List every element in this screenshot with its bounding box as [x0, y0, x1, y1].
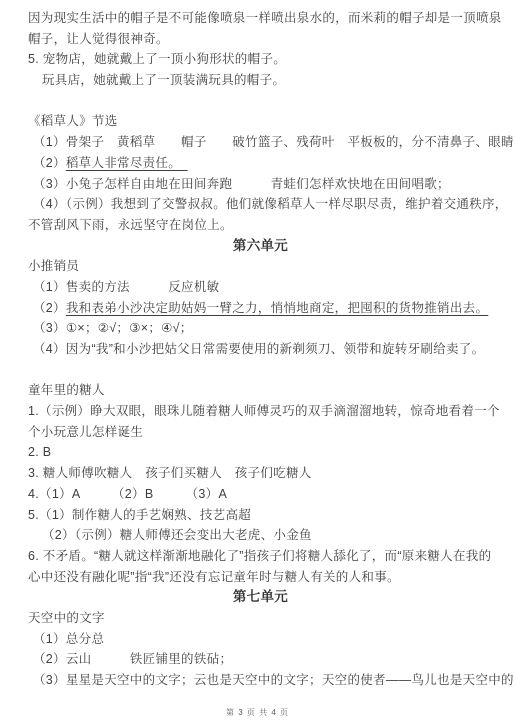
text-line: 心中还没有融化呢”指“我”还没有忘记童年时与糖人有关的人和事。 [28, 567, 493, 588]
text-line: （4）因为“我”和小沙把姑父日常需要使用的新剃须刀、领带和旋转牙刷给卖了。 [28, 339, 493, 360]
text-line: 天空中的文字 [28, 608, 493, 629]
answer-text: 心中还没有融化呢”指“我”还没有忘记童年时与糖人有关的人和事。 [28, 570, 400, 584]
text-line: 2. B [28, 442, 493, 463]
text-line: （3）星星是天空中的文字；云也是天空中的文字；天空的使者——鸟儿也是天空中的 [28, 670, 493, 691]
text-line: （4）（示例）我想到了交警叔叔。他们就像稻草人一样尽职尽责，维护着交通秩序， [28, 194, 493, 215]
text-line: （1）总分总 [28, 629, 493, 650]
text-line: 玩具店，她就戴上了一顶装满玩具的帽子。 [28, 70, 493, 91]
answer-text: 6. 不矛盾。“糖人就这样渐渐地融化了”指孩子们将糖人舔化了，而“原来糖人在我的 [28, 549, 491, 563]
answer-text: （2）云山 铁匠铺里的铁砧； [33, 652, 232, 666]
answer-text: 玩具店，她就戴上了一顶装满玩具的帽子。 [42, 73, 285, 87]
text-line: （2）（示例）糖人师傅还会变出大老虎、小金鱼 [28, 525, 493, 546]
answer-text: 个小玩意儿怎样诞生 [28, 425, 143, 439]
answer-text: 5. 宠物店，她就戴上了一顶小狗形状的帽子。 [28, 52, 286, 66]
answer-text: 第六单元 [233, 238, 288, 253]
text-line: 1.（示例）睁大双眼，眼珠儿随着糖人师傅灵巧的双手滴溜溜地转，惊奇地看着一个 [28, 401, 493, 422]
answer-text: 《稻草人》节选 [28, 114, 118, 128]
answer-text: 帽子，让人觉得很神奇。 [28, 32, 169, 46]
document-page: 因为现实生活中的帽子是不可能像喷泉一样喷出泉水的，而米莉的帽子却是一顶喷泉帽子，… [0, 0, 515, 723]
answer-text: （2）（示例）糖人师傅还会变出大老虎、小金鱼 [42, 528, 312, 542]
answer-text: 因为现实生活中的帽子是不可能像喷泉一样喷出泉水的，而米莉的帽子却是一顶喷泉 [28, 11, 502, 25]
text-line: （2）云山 铁匠铺里的铁砧； [28, 649, 493, 670]
document-content: 因为现实生活中的帽子是不可能像喷泉一样喷出泉水的，而米莉的帽子却是一顶喷泉帽子，… [0, 0, 515, 691]
section-heading: 第七单元 [28, 587, 493, 608]
answer-text: 不管刮风下雨，永远坚守在岗位上。 [28, 218, 233, 232]
text-line: （2）我和表弟小沙决定助姑妈一臂之力，悄悄地商定，把囤积的货物推销出去。 [28, 298, 493, 319]
answer-text: 童年里的糖人 [28, 383, 105, 397]
text-line: 《稻草人》节选 [28, 111, 493, 132]
section-heading: 第六单元 [28, 236, 493, 257]
text-line: （1）骨架子 黄稻草 帽子 破竹篮子、残荷叶 平板板的，分不清鼻子、眼睛； [28, 132, 493, 153]
answer-text: 天空中的文字 [28, 611, 105, 625]
text-line: （1）售卖的方法 反应机敏 [28, 277, 493, 298]
text-line: 不管刮风下雨，永远坚守在岗位上。 [28, 215, 493, 236]
underlined-answer-text: 稻草人非常尽责任。 [66, 156, 188, 170]
text-line: （3）①×；②√；③×；④√； [28, 318, 493, 339]
text-line: 小推销员 [28, 256, 493, 277]
text-line: 3. 糖人师傅吹糖人 孩子们买糖人 孩子们吃糖人 [28, 463, 493, 484]
answer-text: 小推销员 [28, 259, 79, 273]
answer-text: （4）因为“我”和小沙把姑父日常需要使用的新剃须刀、领带和旋转牙刷给卖了。 [33, 342, 484, 356]
answer-text: （1）骨架子 黄稻草 帽子 破竹篮子、残荷叶 平板板的，分不清鼻子、眼睛； [33, 135, 515, 149]
text-line: 因为现实生活中的帽子是不可能像喷泉一样喷出泉水的，而米莉的帽子却是一顶喷泉 [28, 8, 493, 29]
text-line: 童年里的糖人 [28, 380, 493, 401]
blank-line [28, 91, 493, 112]
answer-text: 1.（示例）睁大双眼，眼珠儿随着糖人师傅灵巧的双手滴溜溜地转，惊奇地看着一个 [28, 404, 500, 418]
text-line: 4.（1）A （2）B （3）A [28, 484, 493, 505]
text-line: 5. 宠物店，她就戴上了一顶小狗形状的帽子。 [28, 49, 493, 70]
answer-text: 2. B [28, 445, 51, 459]
text-line: （2）稻草人非常尽责任。 [28, 153, 493, 174]
text-line: 6. 不矛盾。“糖人就这样渐渐地融化了”指孩子们将糖人舔化了，而“原来糖人在我的 [28, 546, 493, 567]
blank-line [28, 360, 493, 381]
answer-text: （1）总分总 [33, 632, 104, 646]
text-line: （3）小兔子怎样自由地在田间奔跑 青蛙们怎样欢快地在田间唱歌； [28, 174, 493, 195]
text-line: 帽子，让人觉得很神奇。 [28, 29, 493, 50]
answer-text: 4.（1）A （2）B （3）A [28, 487, 227, 501]
answer-text: （3）星星是天空中的文字；云也是天空中的文字；天空的使者——鸟儿也是天空中的 [33, 673, 514, 687]
text-line: 个小玩意儿怎样诞生 [28, 422, 493, 443]
answer-text: 3. 糖人师傅吹糖人 孩子们买糖人 孩子们吃糖人 [28, 466, 312, 480]
answer-text: （4）（示例）我想到了交警叔叔。他们就像稻草人一样尽职尽责，维护着交通秩序， [33, 197, 508, 211]
answer-text: （3）①×；②√；③×；④√； [33, 321, 193, 335]
answer-text: （2） [33, 156, 66, 170]
answer-text: 第七单元 [233, 589, 288, 604]
answer-text: （3）小兔子怎样自由地在田间奔跑 青蛙们怎样欢快地在田间唱歌； [33, 177, 450, 191]
answer-text: （2） [33, 301, 66, 315]
underlined-answer-text: 我和表弟小沙决定助姑妈一臂之力，悄悄地商定，把囤积的货物推销出去。 [66, 301, 488, 315]
answer-text: 5.（1）制作糖人的手艺娴熟、技艺高超 [28, 508, 251, 522]
answer-text: （1）售卖的方法 反应机敏 [33, 280, 219, 294]
text-line: 5.（1）制作糖人的手艺娴熟、技艺高超 [28, 505, 493, 526]
page-footer: 第 3 页 共 4 页 [0, 707, 515, 718]
